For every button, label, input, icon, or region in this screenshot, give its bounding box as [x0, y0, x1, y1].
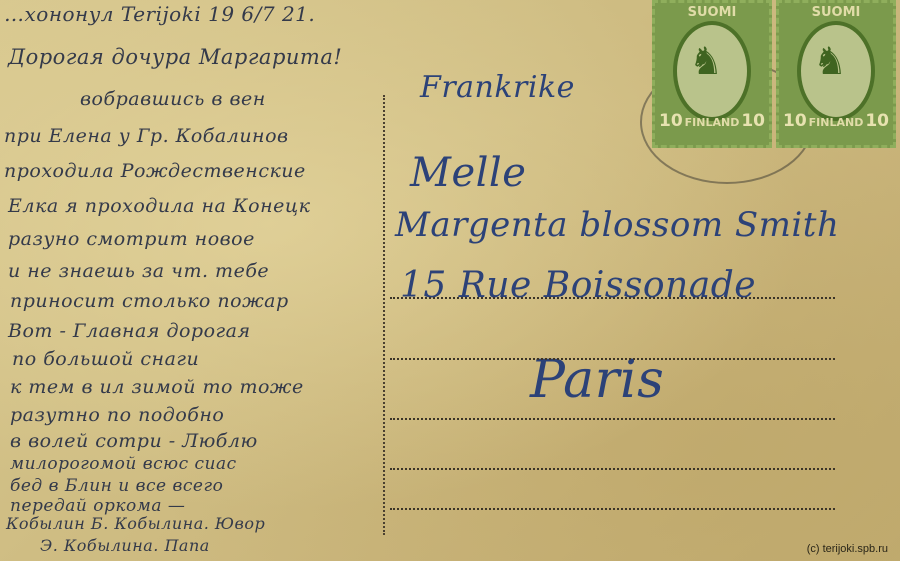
address-street: 15 Rue Boissonade: [400, 265, 756, 306]
header-line: …хононул Terijoki 19 6/7 21.: [4, 2, 315, 26]
address-line: [390, 418, 835, 420]
message-line: Елка я проходила на Конецк: [8, 195, 310, 217]
signature-line: Э. Кобылина. Папа: [40, 536, 210, 555]
card-divider: [383, 95, 385, 535]
address-line: [390, 297, 835, 299]
service-note: Frankrike: [420, 70, 575, 105]
lion-icon: ♞: [813, 39, 847, 83]
message-line: бед в Блин и все всего: [10, 476, 223, 496]
stamp-country-bottom: FINLAND: [779, 116, 893, 129]
lion-icon: ♞: [689, 39, 723, 83]
stamp-country: SUOMI: [655, 5, 769, 20]
message-line: при Елена у Гр. Кобалинов: [4, 125, 289, 147]
message-line: к тем в ил зимой то тоже: [10, 376, 304, 398]
message-line: приносит столько пожар: [10, 290, 289, 312]
address-line: [390, 468, 835, 470]
address-line: [390, 508, 835, 510]
address-line: [390, 358, 835, 360]
stamp-country-bottom: FINLAND: [655, 116, 769, 129]
stamp-pair: SUOMI ♞ 10 10 FINLAND SUOMI ♞ 10 10 FINL…: [652, 0, 900, 150]
watermark: (c) terijoki.spb.ru: [807, 543, 888, 555]
message-line: по большой снаги: [12, 348, 199, 370]
message-line: Вот - Главная дорогая: [8, 320, 251, 342]
message-line: милорогомой всюс сиас: [10, 454, 237, 474]
message-line: Дорогая дочура Маргарита!: [8, 45, 342, 69]
message-line: передай оркома —: [10, 496, 185, 516]
address-name: Margenta blossom Smith: [395, 205, 839, 245]
message-line: разутно по подобно: [10, 404, 224, 426]
stamp-country: SUOMI: [779, 5, 893, 20]
stamp: SUOMI ♞ 10 10 FINLAND: [776, 0, 896, 148]
signature-line: Кобылин Б. Кобылина. Ювор: [6, 514, 265, 533]
address-title: Melle: [410, 150, 526, 196]
message-line: разуно смотрит новое: [8, 228, 255, 250]
stamp: SUOMI ♞ 10 10 FINLAND: [652, 0, 772, 148]
message-line: и не знаешь за чт. тебе: [8, 260, 269, 282]
message-line: проходила Рождественские: [4, 160, 306, 182]
postcard-back: …хононул Terijoki 19 6/7 21. Дорогая доч…: [0, 0, 900, 561]
message-line: в волей сотри - Люблю: [10, 430, 258, 452]
message-line: вобравшись в вен: [80, 88, 266, 110]
